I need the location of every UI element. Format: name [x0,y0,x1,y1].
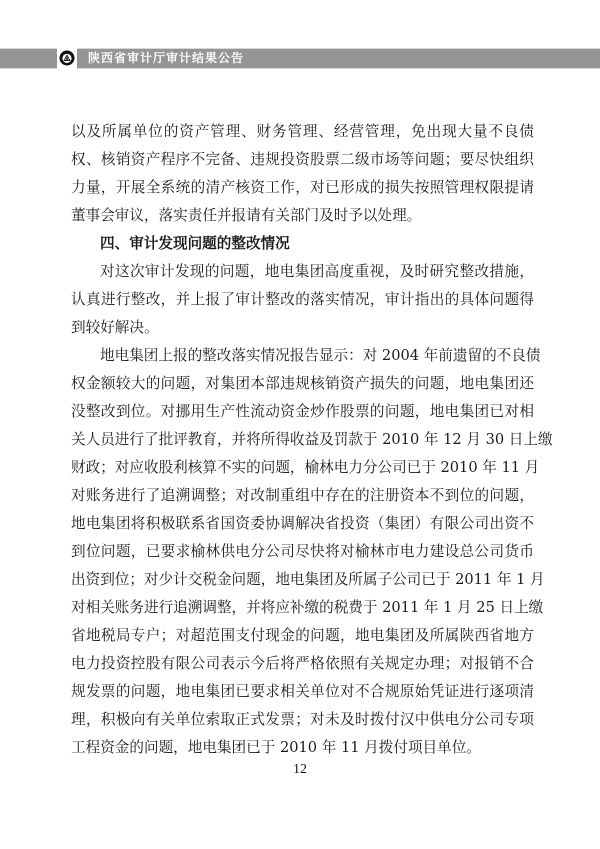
text-line: 对相关账务进行追溯调整，并将应补缴的税费于 2011 年 1 月 25 日上缴 [71,594,534,622]
text-line: 到位问题，已要求榆林供电分公司尽快将对榆林市电力建设总公司货币 [71,538,534,566]
text-line: 关人员进行了批评教育，并将所得收益及罚款于 2010 年 12 月 30 日上缴 [71,426,534,454]
text-line: 电力投资控股有限公司表示今后将严格依照有关规定办理；对报销不合 [71,650,534,678]
text-line: 没整改到位。对挪用生产性流动资金炒作股票的问题，地电集团已对相 [71,398,534,426]
paragraph-continuation: 以及所属单位的资产管理、财务管理、经营管理，免出现大量不良债 权、核销资产程序不… [71,118,534,230]
page-number: 12 [0,762,600,778]
text-line: 到较好解决。 [71,314,534,342]
text-line: 权金额较大的问题，对集团本部违规核销资产损失的问题，地电集团还 [71,370,534,398]
text-line: 董事会审议，落实责任并报请有关部门及时予以处理。 [71,202,534,230]
text-line: 以及所属单位的资产管理、财务管理、经营管理，免出现大量不良债 [71,118,534,146]
text-line: 规发票的问题，地电集团已要求相关单位对不合规原始凭证进行逐项清 [71,678,534,706]
text-line: 认真进行整改，并上报了审计整改的落实情况，审计指出的具体问题得 [71,286,534,314]
paragraph: 对这次审计发现的问题，地电集团高度重视，及时研究整改措施， 认真进行整改，并上报… [71,258,534,342]
text-line: 对账务进行了追溯调整；对改制重组中存在的注册资本不到位的问题， [71,482,534,510]
paragraph: 地电集团上报的整改落实情况报告显示：对 2004 年前遗留的不良债 权金额较大的… [71,342,534,762]
text-line: 地电集团上报的整改落实情况报告显示：对 2004 年前遗留的不良债 [71,342,534,370]
text-line: 财政；对应收股利核算不实的问题，榆林电力分公司已于 2010 年 11 月 [71,454,534,482]
text-line: 省地税局专户；对超范围支付现金的问题，地电集团及所属陕西省地方 [71,622,534,650]
header-title: 陕西省审计厅审计结果公告 [88,50,244,67]
text-line: 对这次审计发现的问题，地电集团高度重视，及时研究整改措施， [71,258,534,286]
audit-office-emblem-icon [59,50,75,66]
text-line: 工程资金的问题，地电集团已于 2010 年 11 月拨付项目单位。 [71,734,534,762]
section-heading: 四、审计发现问题的整改情况 [71,230,534,258]
text-line: 出资到位；对少计交税金问题，地电集团及所属子公司已于 2011 年 1 月 [71,566,534,594]
text-line: 力量，开展全系统的清产核资工作，对已形成的损失按照管理权限提请 [71,174,534,202]
document-body: 以及所属单位的资产管理、财务管理、经营管理，免出现大量不良债 权、核销资产程序不… [71,118,534,762]
text-line: 理，积极向有关单位索取正式发票；对未及时拨付汉中供电分公司专项 [71,706,534,734]
text-line: 地电集团将积极联系省国资委协调解决省投资（集团）有限公司出资不 [71,510,534,538]
text-line: 权、核销资产程序不完备、违规投资股票二级市场等问题；要尽快组织 [71,146,534,174]
